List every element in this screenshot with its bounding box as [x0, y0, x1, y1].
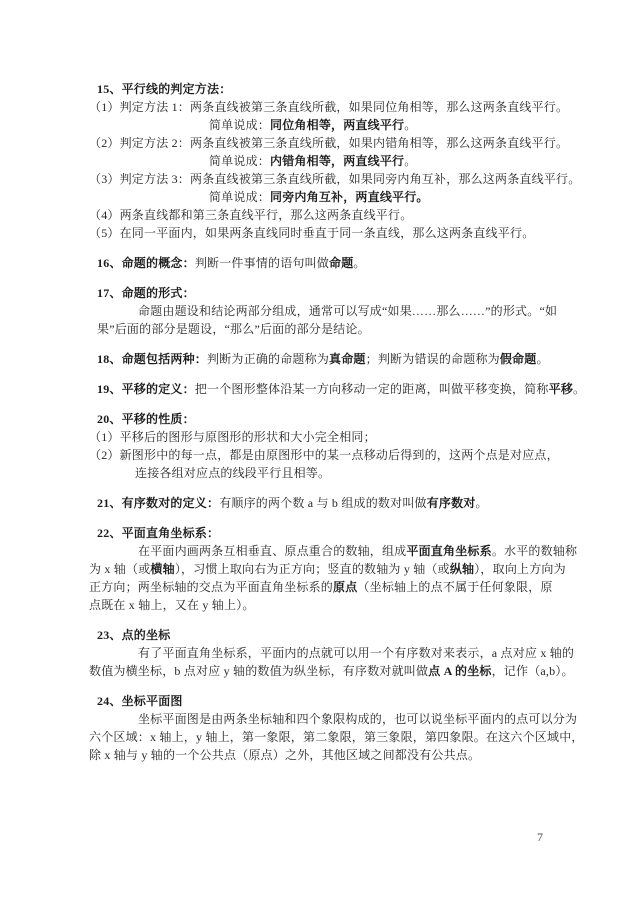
bold-text-run: 横轴: [150, 562, 174, 576]
text-line: 数值为横坐标，b 点对应 y 轴的数值为纵坐标，有序数对就叫做点 A 的坐标，记…: [89, 662, 551, 680]
bold-text-run: 15、平行线的判定方法：: [97, 82, 231, 96]
text-line: 在平面内画两条互相垂直、原点重合的数轴，组成平面直角坐标系。水平的数轴称: [89, 542, 551, 560]
text-run: ；判断为错误的命题称为: [366, 352, 500, 366]
text-line: 有了平面直角坐标系，平面内的点就可以用一个有序数对来表示，a 点对应 x 轴的: [89, 644, 551, 662]
bold-text-run: 命题: [329, 256, 353, 270]
text-run: （2）判定方法 2：两条直线被第三条直线所截，如果内错角相等，那么这两条直线平行…: [89, 136, 568, 150]
text-run: （5）在同一平面内，如果两条直线同时垂直于同一条直线，那么这两条直线平行。: [89, 226, 534, 240]
text-run: （1）平移后的图形与原图形的形状和大小完全相同；: [89, 430, 376, 444]
text-run: 。水平的数轴称: [492, 544, 577, 558]
bold-text-run: 20、平移的性质：: [97, 412, 195, 426]
text-run: （坐标轴上的点不属于任何象限，原: [357, 580, 552, 594]
section-translation-properties: 20、平移的性质：（1）平移后的图形与原图形的形状和大小完全相同；（2）新图形中…: [89, 410, 551, 482]
text-line: （2）新图形中的每一点，都是由原图形中的某一点移动后得到的，这两个点是对应点，: [89, 446, 551, 464]
bold-text-run: 假命题: [500, 352, 537, 366]
text-run: 。: [353, 256, 365, 270]
text-line: 六个区域：x 轴上，y 轴上，第一象限，第二象限，第三象限，第四象限。在这六个区…: [89, 728, 551, 746]
section-proposition-concept: 16、命题的概念：判断一件事情的语句叫做命题。: [89, 254, 551, 272]
text-run: 坐标平面图是由两条坐标轴和四个象限构成的，也可以说坐标平面内的点可以分为: [138, 712, 577, 726]
bold-text-run: 点 A 的坐标: [428, 664, 491, 678]
text-line: 正方向；两坐标轴的交点为平面直角坐标系的原点（坐标轴上的点不属于任何象限，原: [89, 578, 551, 596]
text-run: 。: [476, 496, 488, 510]
bold-text-run: 16、命题的概念：: [97, 256, 195, 270]
text-run: 正方向；两坐标轴的交点为平面直角坐标系的: [89, 580, 333, 594]
bold-text-run: 21、有序数对的定义：: [97, 496, 219, 510]
bold-text-run: 原点: [333, 580, 357, 594]
bold-text-run: 内错角相等，两直线平行: [270, 154, 404, 168]
section-heading: 19、平移的定义：把一个图形整体沿某一方向移动一定的距离，叫做平移变换，简称平移…: [89, 380, 551, 398]
section-translation-definition: 19、平移的定义：把一个图形整体沿某一方向移动一定的距离，叫做平移变换，简称平移…: [89, 380, 551, 398]
section-proposition-form: 17、命题的形式：命题由题设和结论两部分组成，通常可以写成“如果……那么……”的…: [89, 284, 551, 338]
page-number: 7: [528, 830, 552, 845]
text-run: ），习惯上取向右为正方向；竖直的数轴为 y 轴（或: [175, 562, 450, 576]
text-run: 简单说成：: [209, 190, 270, 204]
text-run: 命题由题设和结论两部分组成，通常可以写成“如果……那么……”的形式。“如: [138, 304, 557, 318]
text-run: 为 x 轴（或: [89, 562, 150, 576]
section-heading: 20、平移的性质：: [89, 410, 551, 428]
text-run: 有顺序的两个数 a 与 b 组成的数对叫做: [219, 496, 427, 510]
section-heading: 23、点的坐标: [89, 626, 551, 644]
section-ordered-pair-definition: 21、有序数对的定义：有顺序的两个数 a 与 b 组成的数对叫做有序数对。: [89, 494, 551, 512]
text-run: （1）判定方法 1：两条直线被第三条直线所截，如果同位角相等，那么这两条直线平行…: [89, 100, 568, 114]
text-line: （4）两条直线都和第三条直线平行，那么这两条直线平行。: [89, 206, 551, 224]
text-run: 简单说成：: [209, 118, 270, 132]
section-proposition-two-kinds: 18、命题包括两种：判断为正确的命题称为真命题；判断为错误的命题称为假命题。: [89, 350, 551, 368]
bold-text-run: 平移: [549, 382, 573, 396]
text-line: 点既在 x 轴上，又在 y 轴上）。: [89, 596, 551, 614]
text-line: 除 x 轴与 y 轴的一个公共点（原点）之外，其他区域之间都没有公共点。: [89, 746, 551, 764]
bold-text-run: 17、命题的形式：: [97, 286, 195, 300]
section-heading: 21、有序数对的定义：有顺序的两个数 a 与 b 组成的数对叫做有序数对。: [89, 494, 551, 512]
text-line: （1）平移后的图形与原图形的形状和大小完全相同；: [89, 428, 551, 446]
text-run: 把一个图形整体沿某一方向移动一定的距离，叫做平移变换，简称: [195, 382, 549, 396]
text-line: 坐标平面图是由两条坐标轴和四个象限构成的，也可以说坐标平面内的点可以分为: [89, 710, 551, 728]
text-line: （1）判定方法 1：两条直线被第三条直线所截，如果同位角相等，那么这两条直线平行…: [89, 98, 551, 116]
text-run: 有了平面直角坐标系，平面内的点就可以用一个有序数对来表示，a 点对应 x 轴的: [138, 646, 574, 660]
text-run: 连接各组对应点的线段平行且相等。: [135, 466, 330, 480]
bold-text-run: 同旁内角互补，两直线平行。: [270, 190, 429, 204]
text-run: 判断一件事情的语句叫做: [195, 256, 329, 270]
bold-text-run: 24、坐标平面图: [97, 694, 183, 708]
text-run: 。: [536, 352, 548, 366]
text-run: 。: [404, 118, 416, 132]
bold-text-run: 真命题: [329, 352, 366, 366]
text-run: 点既在 x 轴上，又在 y 轴上）。: [89, 598, 255, 612]
text-line: （2）判定方法 2：两条直线被第三条直线所截，如果内错角相等，那么这两条直线平行…: [89, 134, 551, 152]
text-run: （2）新图形中的每一点，都是由原图形中的某一点移动后得到的，这两个点是对应点，: [89, 448, 559, 462]
text-run: 果”后面的部分是题设，“那么”后面的部分是结论。: [97, 322, 370, 336]
text-run: ，记作（a,b）。: [492, 664, 574, 678]
text-run: 在平面内画两条互相垂直、原点重合的数轴，组成: [138, 544, 406, 558]
text-run: 除 x 轴与 y 轴的一个公共点（原点）之外，其他区域之间都没有公共点。: [89, 748, 480, 762]
text-run: 判断为正确的命题称为: [207, 352, 329, 366]
section-parallel-line-criteria: 15、平行线的判定方法：（1）判定方法 1：两条直线被第三条直线所截，如果同位角…: [89, 80, 551, 242]
bold-text-run: 18、命题包括两种：: [97, 352, 207, 366]
text-run: 简单说成：: [209, 154, 270, 168]
text-run: 六个区域：x 轴上，y 轴上，第一象限，第二象限，第三象限，第四象限。在这六个区…: [89, 730, 584, 744]
text-run: ），取向上方向为: [474, 562, 566, 576]
document-page: 15、平行线的判定方法：（1）判定方法 1：两条直线被第三条直线所截，如果同位角…: [0, 0, 640, 905]
section-heading: 15、平行线的判定方法：: [89, 80, 551, 98]
text-run: 数值为横坐标，b 点对应 y 轴的数值为纵坐标，有序数对就叫做: [89, 664, 428, 678]
bold-text-run: 同位角相等，两直线平行: [270, 118, 404, 132]
section-point-coordinates: 23、点的坐标有了平面直角坐标系，平面内的点就可以用一个有序数对来表示，a 点对…: [89, 626, 551, 680]
section-rectangular-coordinate-system: 22、平面直角坐标系：在平面内画两条互相垂直、原点重合的数轴，组成平面直角坐标系…: [89, 524, 551, 614]
text-run: （4）两条直线都和第三条直线平行，那么这两条直线平行。: [89, 208, 412, 222]
section-coordinate-plane-diagram: 24、坐标平面图坐标平面图是由两条坐标轴和四个象限构成的，也可以说坐标平面内的点…: [89, 692, 551, 764]
document-body: 15、平行线的判定方法：（1）判定方法 1：两条直线被第三条直线所截，如果同位角…: [89, 80, 551, 764]
section-heading: 18、命题包括两种：判断为正确的命题称为真命题；判断为错误的命题称为假命题。: [89, 350, 551, 368]
text-line: 为 x 轴（或横轴），习惯上取向右为正方向；竖直的数轴为 y 轴（或纵轴），取向…: [89, 560, 551, 578]
bold-text-run: 纵轴: [450, 562, 474, 576]
section-heading: 24、坐标平面图: [89, 692, 551, 710]
text-run: （3）判定方法 3：两条直线被第三条直线所截，如果同旁内角互补，那么这两条直线平…: [89, 172, 580, 186]
section-heading: 22、平面直角坐标系：: [89, 524, 551, 542]
text-run: 。: [404, 154, 416, 168]
bold-text-run: 平面直角坐标系: [406, 544, 491, 558]
section-heading: 17、命题的形式：: [89, 284, 551, 302]
text-line: （5）在同一平面内，如果两条直线同时垂直于同一条直线，那么这两条直线平行。: [89, 224, 551, 242]
text-line: 简单说成：同位角相等，两直线平行。: [89, 116, 551, 134]
section-heading: 16、命题的概念：判断一件事情的语句叫做命题。: [89, 254, 551, 272]
text-line: 命题由题设和结论两部分组成，通常可以写成“如果……那么……”的形式。“如: [89, 302, 551, 320]
text-line: 果”后面的部分是题设，“那么”后面的部分是结论。: [89, 320, 551, 338]
bold-text-run: 23、点的坐标: [97, 628, 170, 642]
text-line: 简单说成：同旁内角互补，两直线平行。: [89, 188, 551, 206]
text-run: 。: [573, 382, 585, 396]
text-line: （3）判定方法 3：两条直线被第三条直线所截，如果同旁内角互补，那么这两条直线平…: [89, 170, 551, 188]
bold-text-run: 22、平面直角坐标系：: [97, 526, 219, 540]
text-line: 简单说成：内错角相等，两直线平行。: [89, 152, 551, 170]
bold-text-run: 有序数对: [427, 496, 476, 510]
bold-text-run: 19、平移的定义：: [97, 382, 195, 396]
text-line: 连接各组对应点的线段平行且相等。: [89, 464, 551, 482]
